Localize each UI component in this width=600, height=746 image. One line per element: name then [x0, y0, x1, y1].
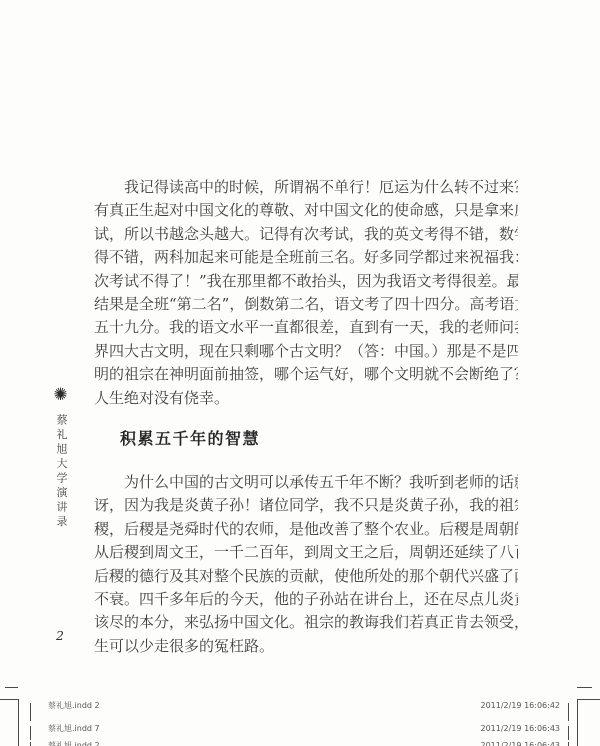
crop-mark-left-corner-h: [0, 699, 18, 700]
text-line: 稷，后稷是尧舜时代的农师，是他改善了整个农业。后稷是周朝的始祖，: [94, 518, 518, 541]
slug-filename-3: 蔡礼旭.indd 2: [48, 741, 100, 746]
text-line: 得不错，两科加起来可能是全班前三名。好多同学都过来祝福我：“你这: [94, 246, 518, 269]
text-line: 为什么中国的古文明可以承传五千年不断？我听到老师的话就很惊: [94, 471, 518, 494]
crop-tick-right-row2: [568, 726, 569, 740]
crop-mark-right-top-line: [577, 687, 592, 688]
crop-tick-right-row1: [568, 703, 569, 721]
paragraph-2: 为什么中国的古文明可以承传五千年不断？我听到老师的话就很惊 讶，因为我是炎黄子孙…: [94, 471, 518, 658]
paragraph-1: 我记得读高中的时候，所谓祸不单行！厄运为什么转不过来？因为没 有真正生起对中国文…: [94, 176, 518, 410]
text-line: 后稷的德行及其对整个民族的贡献，使他所处的那个朝代兴盛了两千多年: [94, 565, 518, 588]
crop-mark-left-top-line: [5, 687, 18, 688]
crop-mark-right-corner-v: [577, 699, 578, 746]
text-line: 结果是全班“第二名”，倒数第二名，语文考了四十四分。高考语文考了: [94, 293, 518, 316]
text-line: 有真正生起对中国文化的尊敬、对中国文化的使命感，只是拿来应付考: [94, 199, 518, 222]
series-title-vertical: 蔡礼旭大学演讲录: [53, 414, 69, 530]
text-line: 五十九分。我的语文水平一直都很差，直到有一天，我的老师问我：全世: [94, 316, 518, 339]
slug-filename-1: 蔡礼旭.indd 2: [48, 701, 100, 711]
text-line: 生可以少走很多的冤枉路。: [94, 635, 518, 658]
crop-tick-left-row2: [30, 726, 31, 740]
text-line: 该尽的本分，来弘扬中国文化。祖宗的教诲我们若真正肯去领受，你的人: [94, 611, 518, 634]
text-line: 次考试不得了！”我在那里都不敢抬头，因为我语文考得很差。最后的: [94, 270, 518, 293]
text-line: 人生绝对没有侥幸。: [94, 387, 518, 410]
crop-tick-left-row3: [30, 742, 31, 746]
chrysanthemum-ornament-icon: ✺: [50, 386, 71, 405]
crop-tick-left-row1: [30, 703, 31, 721]
text-line: 界四大古文明，现在只剩哪个古文明？（答：中国。）那是不是四大古文: [94, 340, 518, 363]
text-line: 明的祖宗在神明面前抽签，哪个运气好，哪个文明就不会断绝了？不是。: [94, 363, 518, 386]
page-number: 2: [56, 628, 64, 643]
section-heading: 积累五千年的智慧: [120, 426, 260, 449]
crop-mark-left-corner-v: [18, 699, 19, 746]
crop-tick-right-row3: [568, 742, 569, 746]
slug-timestamp-1: 2011/2/19 16:06:42: [481, 701, 561, 711]
crop-mark-right-corner-h: [577, 699, 600, 700]
slug-timestamp-3: 2011/2/19 16:06:43: [481, 741, 561, 746]
slug-timestamp-2: 2011/2/19 16:06:43: [481, 724, 561, 734]
book-page: ✺ 蔡礼旭大学演讲录 2 我记得读高中的时候，所谓祸不单行！厄运为什么转不过来？…: [0, 0, 600, 746]
text-line: 试，所以书越念头越大。记得有次考试，我的英文考得不错，数学也考: [94, 223, 518, 246]
text-line: 从后稷到周文王，一千二百年，到周文王之后，周朝还延续了八百多年。: [94, 541, 518, 564]
text-line: 我记得读高中的时候，所谓祸不单行！厄运为什么转不过来？因为没: [94, 176, 518, 199]
text-line: 讶，因为我是炎黄子孙！诸位同学，我不只是炎黄子孙，我的祖宗是后: [94, 494, 518, 517]
slug-filename-2: 蔡礼旭.indd 7: [48, 724, 100, 734]
text-line: 不衰。四千多年后的今天，他的子孙站在讲台上，还在尽点儿炎黄子孙应: [94, 588, 518, 611]
